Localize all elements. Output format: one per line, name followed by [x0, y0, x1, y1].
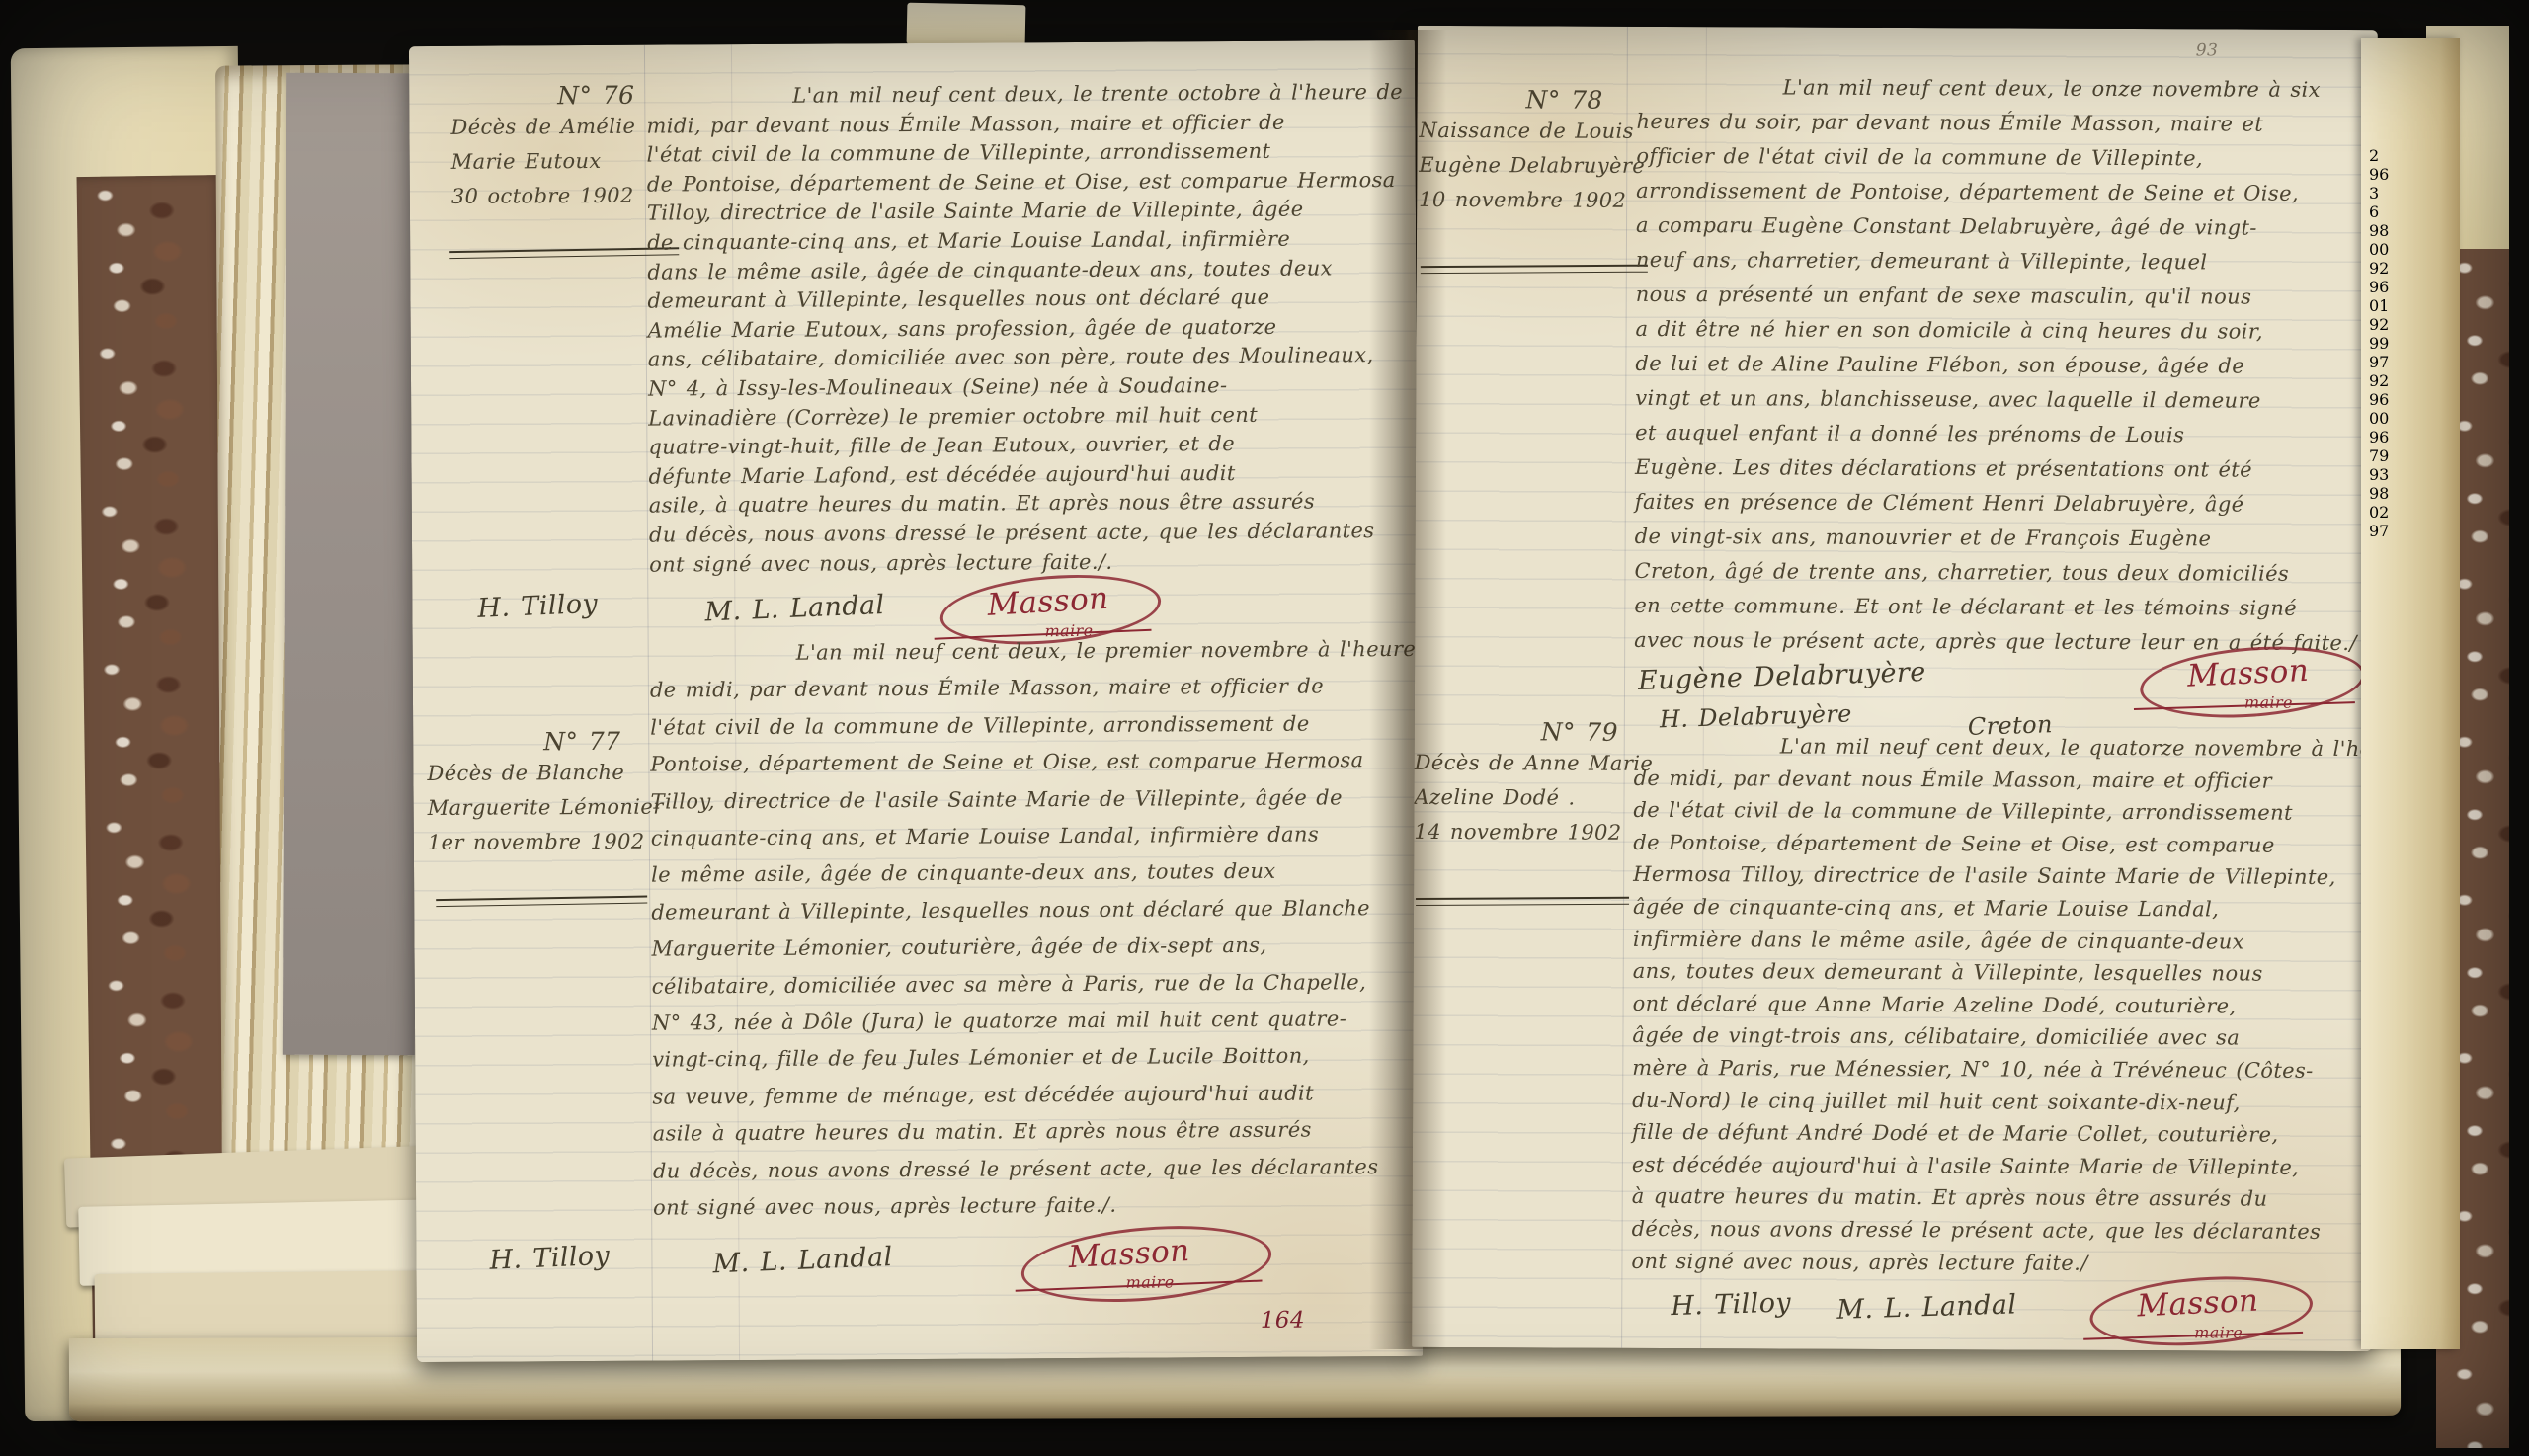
act-body-line: cinquante-cinq ans, et Marie Louise Land…	[651, 816, 1418, 857]
act-body-line: L'an mil neuf cent deux, le trente octob…	[646, 78, 1403, 112]
margin-line: Naissance de Louis	[1419, 114, 1645, 149]
act-77-body: L'an mil neuf cent deux, le premier nove…	[650, 631, 1420, 1227]
page-number: 93	[2196, 40, 2219, 60]
act-body-line: de midi, par devant nous Émile Masson, m…	[1634, 762, 2378, 797]
edge-number: 99	[2369, 334, 2454, 353]
edge-number: 01	[2369, 296, 2454, 315]
act-body-line: défunte Marie Lafond, est décédée aujour…	[649, 458, 1406, 492]
act-body-line: du-Nord) le cinq juillet mil huit cent s…	[1632, 1084, 2378, 1119]
witness-signature: M. L. Landal	[704, 590, 885, 627]
edge-number: 00	[2369, 409, 2454, 428]
insert-page-number-column: 296369800929601929997929600967993980297	[2369, 146, 2454, 540]
act-77-margin-note: N° 77 Décès de BlancheMarguerite Lémonie…	[427, 727, 664, 860]
act-body-line: ans, célibataire, domiciliée avec son pè…	[648, 341, 1405, 374]
margin-line: 30 octobre 1902	[451, 179, 636, 214]
act-body-line: Creton, âgé de trente ans, charretier, t…	[1634, 554, 2357, 592]
act-78-body: L'an mil neuf cent deux, le onze novembr…	[1634, 70, 2359, 661]
witness-signature: H. Tilloy	[477, 589, 599, 624]
act-body-line: demeurant à Villepinte, lesquelles nous …	[647, 283, 1404, 316]
witness-signature: H. Tilloy	[489, 1241, 611, 1276]
act-body-line: Tilloy, directrice de l'asile Sainte Mar…	[647, 195, 1404, 228]
act-body-line: Hermosa Tilloy, directrice de l'asile Sa…	[1633, 858, 2378, 894]
act-body-line: L'an mil neuf cent deux, le onze novembr…	[1637, 70, 2360, 108]
act-body-line: décès, nous avons dressé le présent acte…	[1632, 1213, 2378, 1249]
act-body-line: demeurant à Villepinte, lesquelles nous …	[651, 890, 1418, 931]
act-body-line: a comparu Eugène Constant Delabruyère, â…	[1636, 208, 2359, 246]
act-body-line: a dit être né hier en son domicile à cin…	[1636, 312, 2359, 350]
act-body-line: faites en présence de Clément Henri Dela…	[1635, 485, 2358, 523]
officer-signature: Masson maire	[2103, 1285, 2299, 1337]
act-body-line: nous a présenté un enfant de sexe mascul…	[1636, 278, 2359, 315]
act-body-line: neuf ans, charretier, demeurant à Villep…	[1636, 243, 2359, 281]
act-77-margin-lines: Décès de BlancheMarguerite Lémonier1er n…	[427, 756, 664, 860]
officer-title: maire	[1126, 1272, 1175, 1291]
margin-line: Eugène Delabruyère	[1419, 148, 1645, 184]
edge-number: 98	[2369, 484, 2454, 503]
act-76-margin-lines: Décès de AmélieMarie Eutoux30 octobre 19…	[450, 110, 635, 214]
act-body-line: infirmière dans le même asile, âgée de c…	[1633, 923, 2378, 958]
act-body-line: Marguerite Lémonier, couturière, âgée de…	[651, 927, 1418, 968]
book-gutter-shadow	[1369, 30, 1446, 1349]
margin-line: 1er novembre 1902	[428, 825, 664, 860]
act-body-line: Pontoise, département de Seine et Oise, …	[650, 742, 1417, 783]
edge-number: 3	[2369, 184, 2454, 202]
act-body-line: l'état civil de la commune de Villepinte…	[650, 705, 1417, 747]
act-body-line: quatre-vingt-huit, fille de Jean Eutoux,…	[648, 429, 1405, 462]
edge-number: 79	[2369, 446, 2454, 465]
act-number: N° 78	[1420, 85, 1646, 115]
act-body-line: fille de défunt André Dodé et de Marie C…	[1632, 1116, 2378, 1152]
edge-number: 97	[2369, 353, 2454, 371]
act-body-line: N° 43, née à Dôle (Jura) le quatorze mai…	[652, 1001, 1419, 1042]
act-body-line: de Pontoise, département de Seine et Ois…	[647, 166, 1404, 200]
act-body-line: âgée de cinquante-cinq ans, et Marie Lou…	[1633, 891, 2378, 927]
act-body-line: en cette commune. Et ont le déclarant et…	[1634, 589, 2357, 626]
act-body-line: L'an mil neuf cent deux, le quatorze nov…	[1634, 730, 2378, 766]
act-body-line: du décès, nous avons dressé le présent a…	[649, 517, 1406, 550]
margin-line: Marie Eutoux	[451, 144, 636, 180]
act-body-line: célibataire, domiciliée avec sa mère à P…	[652, 964, 1419, 1006]
act-79-margin-note: N° 79 Décès de Anne MarieAzeline Dodé .1…	[1414, 717, 1653, 850]
officer-title: maire	[2244, 693, 2293, 712]
officer-signature: Masson maire	[953, 584, 1147, 636]
act-body-line: arrondissement de Pontoise, département …	[1636, 174, 2359, 211]
edge-number: 96	[2369, 165, 2454, 184]
margin-line: Décès de Amélie	[450, 110, 635, 145]
protruding-page-tab-top	[907, 3, 1026, 47]
officer-signature: Masson maire	[2154, 655, 2351, 709]
officer-title: maire	[2194, 1323, 2243, 1341]
act-number: N° 76	[450, 81, 635, 111]
column-rule	[1621, 27, 1628, 1348]
margin-line: 14 novembre 1902	[1414, 815, 1653, 850]
margin-line: Décès de Blanche	[427, 756, 663, 791]
act-body-line: L'an mil neuf cent deux, le premier nove…	[650, 631, 1417, 673]
act-body-line: l'état civil de la commune de Villepinte…	[647, 136, 1404, 170]
act-body-line: Lavinadière (Corrèze) le premier octobre…	[648, 400, 1405, 434]
officer-signature: Masson maire	[1034, 1235, 1258, 1293]
act-body-line: du décès, nous avons dressé le présent a…	[653, 1149, 1420, 1190]
witness-signature: M. L. Landal	[1836, 1289, 2017, 1326]
act-body-line: asile à quatre heures du matin. Et après…	[653, 1111, 1420, 1153]
act-79-margin-lines: Décès de Anne MarieAzeline Dodé .14 nove…	[1414, 746, 1653, 850]
act-78-margin-note: N° 78 Naissance de LouisEugène Delabruyè…	[1419, 85, 1645, 218]
witness-signature: H. Delabruyère	[1659, 699, 1852, 733]
margin-divider-rule	[1421, 265, 1648, 274]
act-body-line: de lui et de Aline Pauline Flébon, son é…	[1635, 347, 2358, 384]
edge-number: 92	[2369, 259, 2454, 278]
act-body-line: Tilloy, directrice de l'asile Sainte Mar…	[651, 779, 1418, 821]
edge-number: 92	[2369, 315, 2454, 334]
edge-number: 96	[2369, 278, 2454, 296]
act-body-line: dans le même asile, âgée de cinquante-de…	[647, 254, 1404, 287]
act-body-line: midi, par devant nous Émile Masson, mair…	[646, 108, 1403, 141]
act-body-line: ont signé avec nous, après lecture faite…	[649, 545, 1406, 579]
margin-line: 10 novembre 1902	[1419, 183, 1645, 218]
margin-line: Décès de Anne Marie	[1415, 746, 1654, 781]
act-76-body: L'an mil neuf cent deux, le trente octob…	[646, 78, 1406, 580]
act-body-line: âgée de vingt-trois ans, célibataire, do…	[1632, 1019, 2378, 1055]
declarant-signature: Eugène Delabruyère	[1638, 657, 1926, 696]
edge-number: 2	[2369, 146, 2454, 165]
margin-divider-rule	[436, 896, 647, 908]
edge-number: 02	[2369, 503, 2454, 522]
act-body-line: officier de l'état civil de la commune d…	[1636, 139, 2359, 177]
gray-blotter-strip	[283, 73, 419, 1056]
edge-number: 96	[2369, 428, 2454, 446]
edge-number: 96	[2369, 390, 2454, 409]
act-79-body: L'an mil neuf cent deux, le quatorze nov…	[1631, 730, 2378, 1281]
act-body-line: ont signé avec nous, après lecture faite…	[653, 1185, 1420, 1227]
act-body-line: le même asile, âgée de cinquante-deux an…	[651, 852, 1418, 894]
act-body-line: à quatre heures du matin. Et après nous …	[1632, 1180, 2378, 1216]
act-body-line: de cinquante-cinq ans, et Marie Louise L…	[647, 224, 1404, 258]
act-body-line: Eugène. Les dites déclarations et présen…	[1635, 450, 2358, 488]
act-body-line: de vingt-six ans, manouvrier et de Franç…	[1635, 520, 2358, 557]
act-body-line: ont déclaré que Anne Marie Azeline Dodé,…	[1633, 988, 2378, 1023]
act-body-line: et auquel enfant il a donné les prénoms …	[1635, 416, 2358, 453]
edge-number: 93	[2369, 465, 2454, 484]
act-body-line: sa veuve, femme de ménage, est décédée a…	[652, 1075, 1419, 1116]
margin-divider-rule	[1416, 897, 1629, 906]
act-number: N° 77	[427, 727, 663, 757]
edge-number: 92	[2369, 371, 2454, 390]
act-78-margin-lines: Naissance de LouisEugène Delabruyère10 n…	[1419, 114, 1645, 218]
right-register-page: 93 N° 78 Naissance de LouisEugène Delabr…	[1412, 26, 2378, 1351]
margin-line: Marguerite Lémonier	[428, 790, 664, 826]
act-body-line: ont signé avec nous, après lecture faite…	[1631, 1245, 2378, 1280]
left-register-page: N° 76 Décès de AmélieMarie Eutoux30 octo…	[409, 40, 1423, 1362]
act-body-line: heures du soir, par devant nous Émile Ma…	[1636, 105, 2359, 142]
act-body-line: vingt et un ans, blanchisseuse, avec laq…	[1635, 381, 2358, 419]
act-body-line: ans, toutes deux demeurant à Villepinte,…	[1633, 955, 2378, 991]
act-body-line: de midi, par devant nous Émile Masson, m…	[650, 668, 1417, 709]
act-body-line: vingt-cinq, fille de feu Jules Lémonier …	[652, 1037, 1419, 1079]
register-photo: N° 76 Décès de AmélieMarie Eutoux30 octo…	[0, 0, 2529, 1456]
folio-number: 164	[1261, 1308, 1305, 1334]
act-body-line: de l'état civil de la commune de Villepi…	[1633, 794, 2378, 830]
act-body-line: est décédée aujourd'hui à l'asile Sainte…	[1632, 1149, 2378, 1184]
witness-signature: M. L. Landal	[712, 1242, 893, 1279]
act-body-line: N° 4, à Issy-les-Moulineaux (Seine) née …	[648, 370, 1405, 404]
act-number: N° 79	[1415, 717, 1654, 747]
edge-number: 6	[2369, 202, 2454, 221]
act-body-line: de Pontoise, département de Seine et Ois…	[1633, 827, 2378, 862]
act-76-margin-note: N° 76 Décès de AmélieMarie Eutoux30 octo…	[450, 81, 636, 214]
margin-line: Azeline Dodé .	[1414, 780, 1653, 816]
edge-number: 00	[2369, 240, 2454, 259]
witness-signature: H. Tilloy	[1671, 1287, 1792, 1322]
act-body-line: mère à Paris, rue Ménessier, N° 10, née …	[1632, 1052, 2378, 1088]
edge-number: 98	[2369, 221, 2454, 240]
act-body-line: asile, à quatre heures du matin. Et aprè…	[649, 487, 1406, 521]
edge-number: 97	[2369, 522, 2454, 540]
act-body-line: Amélie Marie Eutoux, sans profession, âg…	[648, 312, 1405, 346]
